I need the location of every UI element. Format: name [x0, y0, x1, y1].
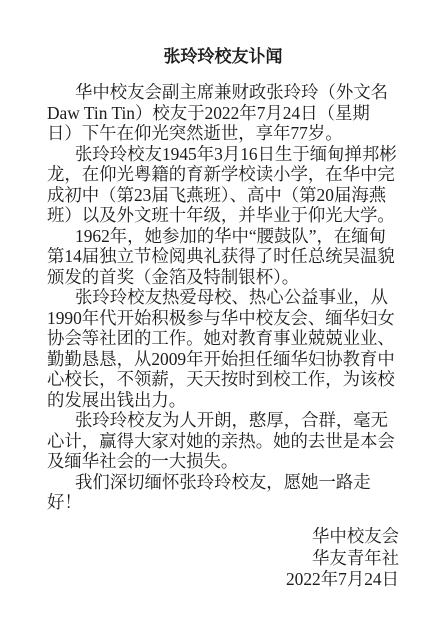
- text-line: 张玲玲校友为人开朗，憨厚，合群，毫无: [47, 410, 407, 431]
- text-line: 心计，赢得大家对她的亲热。她的去世是本会: [47, 431, 407, 452]
- text-line: 协会等社团的工作。她对教育事业兢兢业业、: [47, 328, 407, 349]
- text-line: 好！: [47, 492, 407, 513]
- paragraph-announcement: 华中校友会副主席兼财政张玲玲（外文名 Daw Tin Tin）校友于2022年7…: [47, 82, 407, 144]
- paragraph-service: 张玲玲校友热爱母校、热心公益事业，从 1990年代开始积极参与华中校友会、缅华妇…: [47, 287, 407, 410]
- text-line: 1962年，她参加的华中“腰鼓队”，在缅甸: [47, 226, 407, 247]
- text-line: 勤勤恳恳，从2009年开始担任缅华妇协教育中: [47, 349, 407, 370]
- text-line: 华中校友会副主席兼财政张玲玲（外文名: [47, 82, 407, 103]
- text-line: 心校长，不领薪，天天按时到校工作，为该校: [47, 369, 407, 390]
- text-line: 颁发的首奖（金箔及特制银杯）。: [47, 267, 407, 288]
- text-line: 张玲玲校友热爱母校、热心公益事业，从: [47, 287, 407, 308]
- text-line: 及缅华社会的一大损失。: [47, 451, 407, 472]
- text-line: 日）下午在仰光突然逝世，享年77岁。: [47, 123, 407, 144]
- paragraph-award: 1962年，她参加的华中“腰鼓队”，在缅甸 第14届独立节检阅典礼获得了时任总统…: [47, 226, 407, 288]
- text-line: 龙，在仰光粤籍的育新学校读小学，在华中完: [47, 164, 407, 185]
- text-line: 1990年代开始积极参与华中校友会、缅华妇女: [47, 308, 407, 329]
- paragraph-biography: 张玲玲校友1945年3月16日生于缅甸掸邦彬 龙，在仰光粤籍的育新学校读小学，在…: [47, 144, 407, 226]
- text-line: Daw Tin Tin）校友于2022年7月24日（星期: [47, 103, 407, 124]
- paragraph-character: 张玲玲校友为人开朗，憨厚，合群，毫无 心计，赢得大家对她的亲热。她的去世是本会 …: [47, 410, 407, 472]
- document-title: 张玲玲校友讣闻: [0, 47, 446, 67]
- text-line: 张玲玲校友1945年3月16日生于缅甸掸邦彬: [47, 144, 407, 165]
- signature-org-youth: 华友青年社: [286, 548, 399, 570]
- text-line: 我们深切缅怀张玲玲校友，愿她一路走: [47, 472, 407, 493]
- document-body: 华中校友会副主席兼财政张玲玲（外文名 Daw Tin Tin）校友于2022年7…: [47, 82, 407, 513]
- signature-block: 华中校友会 华友青年社 2022年7月24日: [286, 526, 399, 591]
- text-line: 班）以及外文班十年级，并毕业于仰光大学。: [47, 205, 407, 226]
- text-line: 的发展出钱出力。: [47, 390, 407, 411]
- paragraph-farewell: 我们深切缅怀张玲玲校友，愿她一路走 好！: [47, 472, 407, 513]
- signature-org-alumni: 华中校友会: [286, 526, 399, 548]
- text-line: 第14届独立节检阅典礼获得了时任总统吴温貌: [47, 246, 407, 267]
- text-line: 成初中（第23届飞燕班）、高中（第20届海燕: [47, 185, 407, 206]
- signature-date: 2022年7月24日: [286, 569, 399, 591]
